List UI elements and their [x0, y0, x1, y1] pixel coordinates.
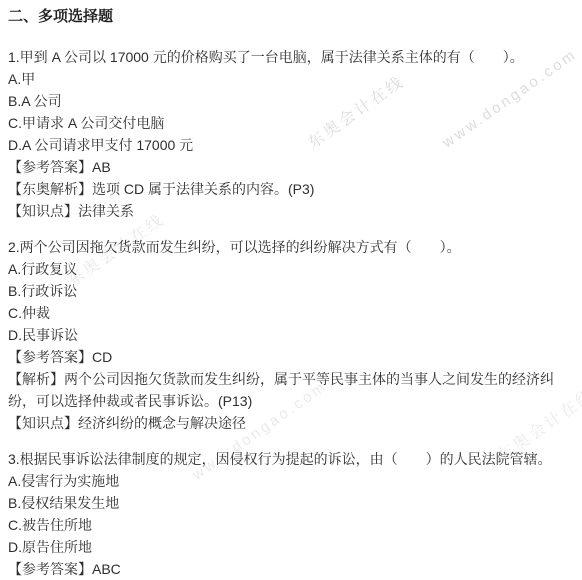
question-1-answer: 【参考答案】AB [8, 156, 574, 178]
question-2-option-d: D.民事诉讼 [8, 324, 574, 346]
question-3-option-a: A.侵害行为实施地 [8, 470, 574, 492]
question-2-option-a: A.行政复议 [8, 258, 574, 280]
question-2-stem: 2.两个公司因拖欠货款而发生纠纷，可以选择的纠纷解决方式有（ ）。 [8, 236, 574, 258]
question-3-answer: 【参考答案】ABC [8, 558, 574, 580]
question-2-answer: 【参考答案】CD [8, 346, 574, 368]
question-3-option-b: B.侵权结果发生地 [8, 492, 574, 514]
question-3: 3.根据民事诉讼法律制度的规定，因侵权行为提起的诉讼，由（ ）的人民法院管辖。 … [8, 448, 574, 580]
document-page: 东奥会计在线 www.dongao.com 东奥会计在线 www.dongao.… [0, 0, 582, 580]
question-1-option-b: B.A 公司 [8, 90, 574, 112]
question-1-stem: 1.甲到 A 公司以 17000 元的价格购买了一台电脑，属于法律关系主体的有（… [8, 46, 574, 68]
question-1-analysis: 【东奥解析】选项 CD 属于法律关系的内容。(P3) [8, 178, 574, 200]
question-1-option-a: A.甲 [8, 68, 574, 90]
question-3-stem: 3.根据民事诉讼法律制度的规定，因侵权行为提起的诉讼，由（ ）的人民法院管辖。 [8, 448, 574, 470]
question-1-option-c: C.甲请求 A 公司交付电脑 [8, 112, 574, 134]
document-content: 二、多项选择题 1.甲到 A 公司以 17000 元的价格购买了一台电脑，属于法… [0, 0, 582, 580]
question-1: 1.甲到 A 公司以 17000 元的价格购买了一台电脑，属于法律关系主体的有（… [8, 46, 574, 222]
question-2-analysis: 【解析】两个公司因拖欠货款而发生纠纷，属于平等民事主体的当事人之间发生的经济纠纷… [8, 368, 574, 412]
question-2-option-c: C.仲裁 [8, 302, 574, 324]
question-2: 2.两个公司因拖欠货款而发生纠纷，可以选择的纠纷解决方式有（ ）。 A.行政复议… [8, 236, 574, 434]
section-title: 二、多项选择题 [8, 6, 574, 28]
question-3-option-c: C.被告住所地 [8, 514, 574, 536]
question-3-option-d: D.原告住所地 [8, 536, 574, 558]
question-1-option-d: D.A 公司请求甲支付 17000 元 [8, 134, 574, 156]
question-1-knowledge: 【知识点】法律关系 [8, 200, 574, 222]
question-2-knowledge: 【知识点】经济纠纷的概念与解决途径 [8, 412, 574, 434]
question-2-option-b: B.行政诉讼 [8, 280, 574, 302]
